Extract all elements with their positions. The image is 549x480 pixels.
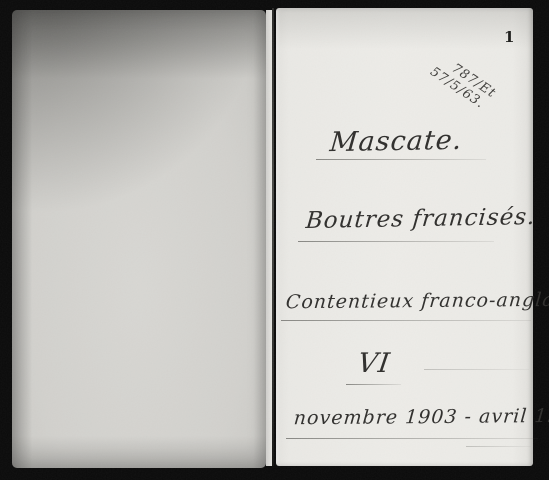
underline-rule bbox=[286, 438, 538, 439]
page-binding-line bbox=[272, 8, 274, 466]
handwritten-dispute-title: Contentieux franco-anglais bbox=[285, 289, 549, 313]
underline-rule bbox=[298, 241, 494, 242]
handwritten-volume-number: VI bbox=[356, 348, 393, 379]
faint-pencil-line bbox=[424, 369, 529, 370]
handwritten-subject: Boutres francisés. bbox=[305, 204, 537, 234]
underline-rule bbox=[346, 384, 401, 385]
left-blank-page bbox=[12, 10, 266, 468]
underline-rule bbox=[316, 159, 486, 160]
underline-rule bbox=[281, 320, 531, 321]
page-number: 1 bbox=[504, 28, 515, 46]
archival-reference-note: 787/Et 57/5/63. bbox=[427, 52, 523, 131]
document-scan: 1 787/Et 57/5/63. Mascate. Boutres franc… bbox=[0, 0, 549, 480]
faint-pencil-line bbox=[466, 446, 531, 447]
handwritten-place-title: Mascate. bbox=[329, 125, 464, 158]
handwritten-date-range: novembre 1903 - avril 1904 bbox=[293, 405, 549, 430]
right-title-page: 1 787/Et 57/5/63. Mascate. Boutres franc… bbox=[276, 8, 533, 466]
